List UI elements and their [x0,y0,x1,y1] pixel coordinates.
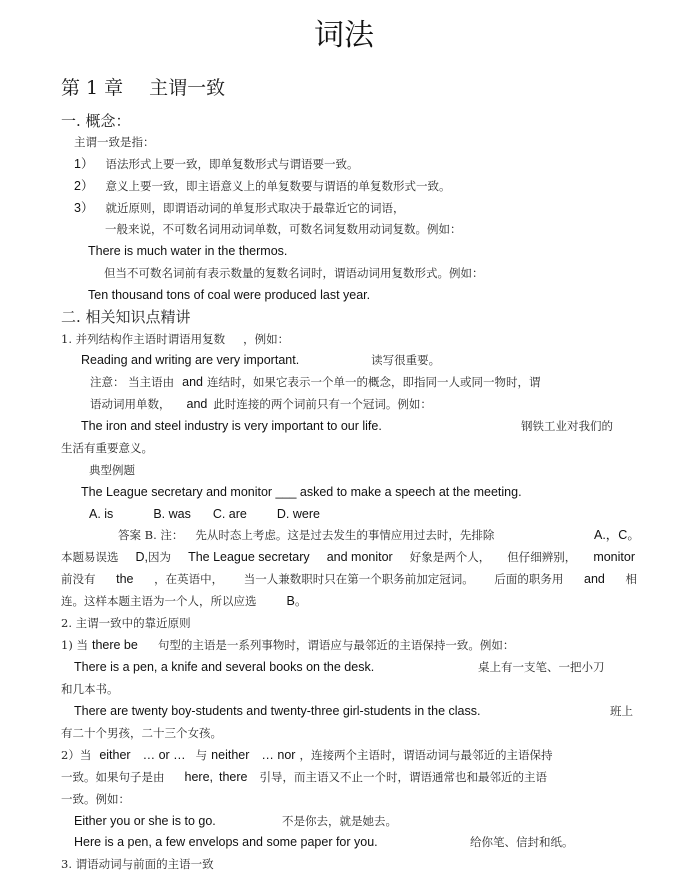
option-d: D. were [277,507,320,521]
example-sentence: Ten thousand tons of coal were produced … [88,287,370,303]
example-translation: 桌上有一支笔、一把小刀 [478,659,605,675]
option-b: B. was [153,507,191,521]
point-title: 3. 谓语动词与前面的主语一致 [61,856,214,872]
chapter-name: 主谓一致 [149,77,225,99]
example-sentence: Either you or she is to go. [74,813,216,829]
chapter-heading: 第 1 章主谓一致 [61,76,225,100]
sub-point-cont: 一致。例如： [61,791,130,807]
typical-example-label: 典型例题 [89,462,135,478]
sub-point: 1) 当there be句型的主语是一系列事物时，谓语应与最邻近的主语保持一致。… [61,637,514,653]
list-item: 3）就近原则，即谓语动词的单复形式取决于最靠近它的词语， [74,200,404,216]
section-heading-knowledge: 二. 相关知识点精讲 [61,307,191,327]
example-sentence: There is much water in the thermos. [88,243,287,259]
example-sentence: There are twenty boy-students and twenty… [74,703,480,719]
example-translation: 钢铁工业对我们的 [521,418,613,434]
list-item: 2）意义上要一致，即主语意义上的单复数要与谓语的单复数形式一致。 [74,178,450,194]
example-translation-cont: 有二十个男孩，二十三个女孩。 [61,725,222,741]
example-translation: 给你笔、信封和纸。 [470,834,574,850]
example-line: Reading and writing are very important.读… [81,352,440,368]
answer-line: 本题易误选 D,因为 The League secretary and moni… [61,549,635,565]
sub-point: 2）当either… or …与neither… nor，连接两个主语时，谓语动… [61,747,552,763]
chapter-number: 第 1 章 [61,77,123,99]
example-translation: 班上 [610,703,633,719]
point-title: 1. 并列结构作主语时谓语用复数，例如： [61,331,289,347]
question-text: The League secretary and monitor ___ ask… [81,484,522,500]
answer-line: 连。这样本题主语为一个人，所以应选B。 [61,593,307,609]
option-a: A. is [89,507,113,521]
section1-intro: 主谓一致是指： [74,134,155,150]
example-translation-cont: 生活有重要意义。 [61,440,153,456]
example-translation: 不是你去，就是她去。 [282,813,397,829]
example-sentence: There is a pen, a knife and several book… [74,659,374,675]
note-text: 但当不可数名词前有表示数量的复数名词时，谓语动词用复数形式。例如： [104,265,484,281]
document-title: 词法 [314,18,374,54]
note-line: 语动词用单数，and此时连接的两个词前只有一个冠词。例如： [90,396,432,412]
list-item: 1）语法形式上要一致，即单复数形式与谓语要一致。 [74,156,358,172]
answer-line: 答案 B. 注：先从时态上考虑。这是过去发生的事情应用过去时，先排除 [118,527,494,543]
sub-point-cont: 一致。如果句子是由here,there引导，而主语又不止一个时，谓语通常也和最邻… [61,769,547,785]
example-sentence: Here is a pen, a few envelops and some p… [74,834,378,850]
point-title: 2. 主谓一致中的靠近原则 [61,615,191,631]
answer-options: A. isB. wasC. areD. were [89,506,320,522]
item3-continuation: 一般来说，不可数名词用动词单数，可数名词复数用动词复数。例如： [105,221,462,237]
answer-line: 前没有 the ，在英语中， 当一人兼数职时只在第一个职务前加定冠词。 后面的职… [61,571,637,587]
note-line: 注意： 当主语由and连结时，如果它表示一个单一的概念，即指同一人或同一物时，谓 [90,374,541,390]
section-heading-concept: 一. 概念： [61,111,131,131]
example-translation-cont: 和几本书。 [61,681,119,697]
answer-excluded: A.，C。 [594,527,640,543]
option-c: C. are [213,507,247,521]
example-line: The iron and steel industry is very impo… [81,418,382,434]
